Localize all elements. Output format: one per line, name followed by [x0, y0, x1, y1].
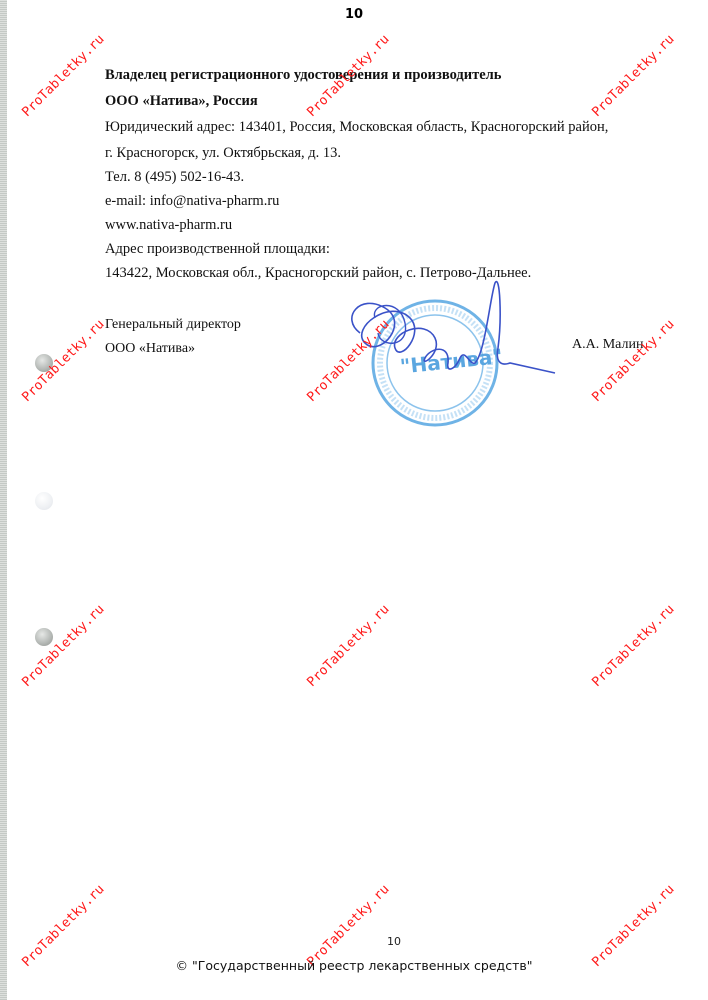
stamp-text: "Натива": [399, 344, 504, 379]
company-name: ООО «Натива», Россия: [105, 92, 258, 110]
company-stamp-and-signature: "Натива": [330, 278, 560, 433]
phone: Тел. 8 (495) 502-16-43.: [105, 168, 244, 186]
binder-hole: [35, 492, 53, 510]
website: www.nativa-pharm.ru: [105, 216, 232, 234]
watermark: ProTabletky.ru: [589, 602, 677, 690]
page-number-top: 10: [0, 7, 708, 22]
watermark: ProTabletky.ru: [19, 882, 107, 970]
watermark: ProTabletky.ru: [304, 882, 392, 970]
legal-address-line2: г. Красногорск, ул. Октябрьская, д. 13.: [105, 144, 341, 162]
watermark: ProTabletky.ru: [589, 32, 677, 120]
watermark: ProTabletky.ru: [19, 317, 107, 405]
watermark: ProTabletky.ru: [304, 602, 392, 690]
email: e-mail: info@nativa-pharm.ru: [105, 192, 279, 210]
signatory-position: Генеральный директор: [105, 316, 241, 334]
footer-copyright: © "Государственный реестр лекарственных …: [0, 958, 708, 973]
signatory-organization: ООО «Натива»: [105, 340, 195, 358]
watermark: ProTabletky.ru: [589, 317, 677, 405]
heading-owner-manufacturer: Владелец регистрационного удостоверения …: [105, 66, 501, 84]
scan-edge-strip: [0, 0, 7, 1000]
watermark: ProTabletky.ru: [19, 602, 107, 690]
production-site-label: Адрес производственной площадки:: [105, 240, 330, 258]
binder-hole: [35, 628, 53, 646]
watermark: ProTabletky.ru: [589, 882, 677, 970]
page-number-bottom: 10: [0, 935, 708, 948]
watermark: ProTabletky.ru: [19, 32, 107, 120]
legal-address-line1: Юридический адрес: 143401, Россия, Моско…: [105, 118, 608, 136]
